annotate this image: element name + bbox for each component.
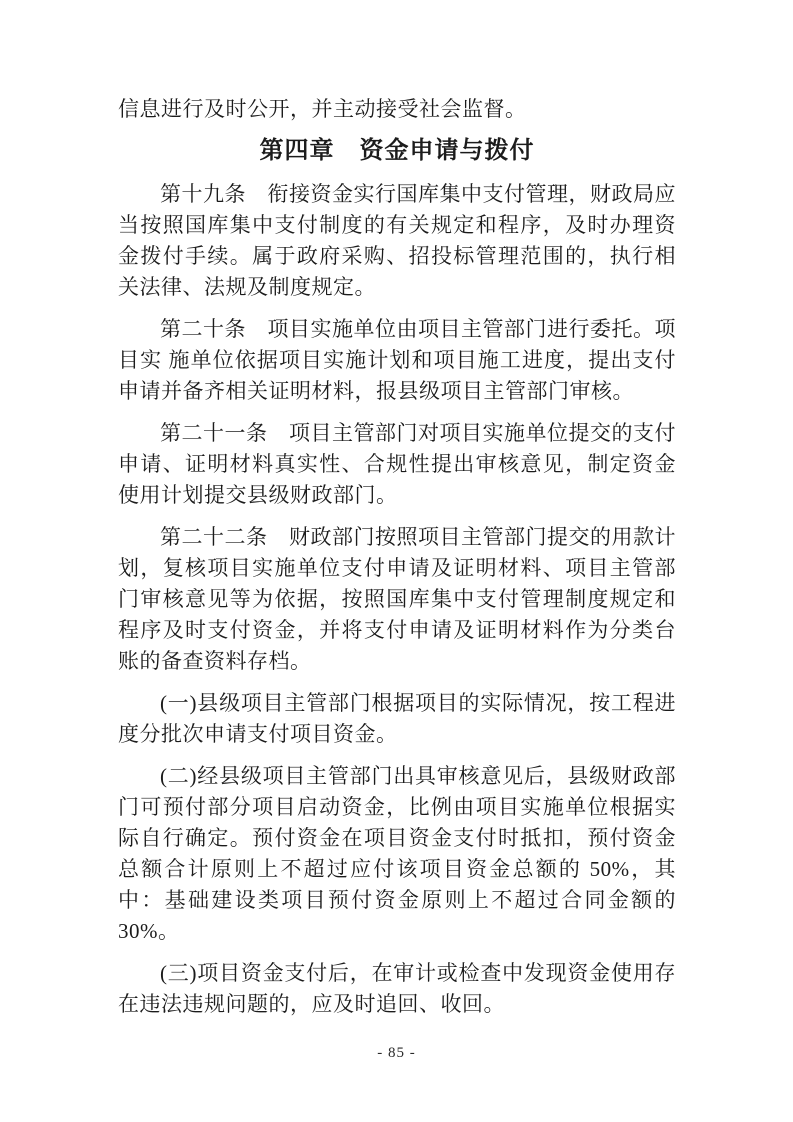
- page-number: - 85 -: [0, 1045, 793, 1062]
- paragraph-item-1: (一)县级项目主管部门根据项目的实际情况，按工程进度分批次申请支付项目资金。: [118, 688, 676, 750]
- paragraph-article-20: 第二十条 项目实施单位由项目主管部门进行委托。项目实 施单位依据项目实施计划和项…: [118, 314, 676, 407]
- paragraph-item-3: (三)项目资金支付后，在审计或检查中发现资金使用存在违法违规问题的，应及时追回、…: [118, 958, 676, 1020]
- paragraph-article-22: 第二十二条 财政部门按照项目主管部门提交的用款计划，复核项目实施单位支付申请及证…: [118, 522, 676, 677]
- paragraph-continuation: 信息进行及时公开，并主动接受社会监督。: [118, 94, 676, 125]
- paragraph-article-19: 第十九条 衔接资金实行国库集中支付管理，财政局应当按照国库集中支付制度的有关规定…: [118, 179, 676, 303]
- page-body-text: 信息进行及时公开，并主动接受社会监督。 第四章 资金申请与拨付 第十九条 衔接资…: [118, 94, 676, 1020]
- paragraph-item-2: (二)经县级项目主管部门出具审核意见后，县级财政部门可预付部分项目启动资金，比例…: [118, 761, 676, 947]
- document-page: 信息进行及时公开，并主动接受社会监督。 第四章 资金申请与拨付 第十九条 衔接资…: [0, 0, 793, 1122]
- paragraph-article-21: 第二十一条 项目主管部门对项目实施单位提交的支付申请、证明材料真实性、合规性提出…: [118, 418, 676, 511]
- chapter-heading: 第四章 资金申请与拨付: [118, 134, 676, 168]
